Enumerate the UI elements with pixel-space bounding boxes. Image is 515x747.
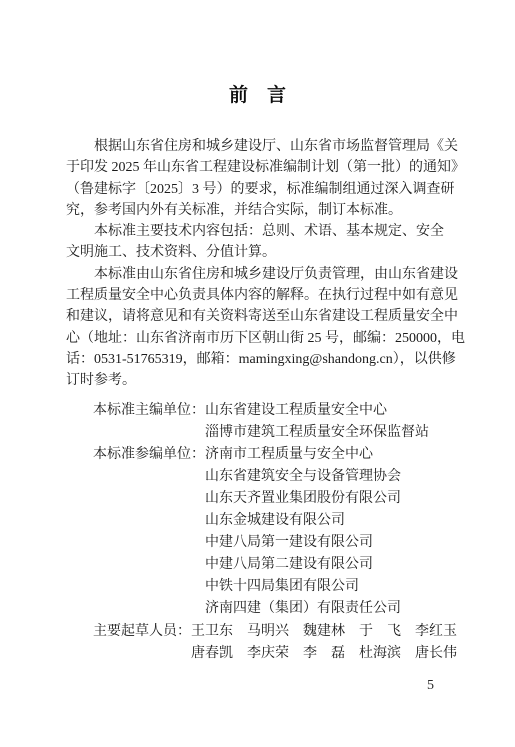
paragraphs: 根据山东省住房和城乡建设厅、山东省市场监督管理局《关于印发 2025 年山东省工…	[66, 136, 458, 392]
credit-item: 中建八局第一建设有限公司	[205, 532, 401, 554]
credit-label: 本标准参编单位：	[93, 444, 205, 466]
credit-item: 济南四建（集团）有限责任公司	[205, 598, 401, 620]
paragraph-line: 于印发 2025 年山东省工程建设标准编制计划（第一批）的通知》	[66, 157, 458, 178]
credit-item: 中建八局第二建设有限公司	[205, 554, 401, 576]
credit-block: 主要起草人员：王卫东 马明兴 魏建林 于 飞 李红玉唐春凯 李庆荣 李 磊 杜海…	[93, 621, 458, 665]
credit-label: 本标准主编单位：	[93, 400, 205, 422]
credit-item: 山东省建筑安全与设备管理协会	[205, 466, 401, 488]
credit-block: 本标准参编单位：济南市工程质量与安全中心山东省建筑安全与设备管理协会山东天齐置业…	[93, 444, 458, 621]
paragraph-line: 根据山东省住房和城乡建设厅、山东省市场监督管理局《关	[66, 136, 458, 157]
credit-item: 中铁十四局集团有限公司	[205, 576, 401, 598]
paragraph-line: 工程质量安全中心负责具体内容的解释。在执行过程中如有意见	[66, 285, 458, 306]
credit-item: 山东金城建设有限公司	[205, 510, 401, 532]
credit-item: 唐春凯 李庆荣 李 磊 杜海滨 唐长伟	[191, 643, 457, 665]
page-content: 根据山东省住房和城乡建设厅、山东省市场监督管理局《关于印发 2025 年山东省工…	[66, 136, 458, 665]
page-title: 前 言	[0, 84, 515, 106]
paragraph-line: 究，参考国内外有关标准，并结合实际，制订本标准。	[66, 200, 458, 221]
paragraph-line: 和建议，请将意见和有关资料寄送至山东省建设工程质量安全中	[66, 306, 458, 327]
page-number: 5	[427, 675, 434, 697]
paragraph-line: 本标准由山东省住房和城乡建设厅负责管理，由山东省建设	[66, 264, 458, 285]
paragraph-line: 心（地址：山东省济南市历下区朝山街 25 号，邮编：250000，电	[66, 328, 458, 349]
credit-items: 王卫东 马明兴 魏建林 于 飞 李红玉唐春凯 李庆荣 李 磊 杜海滨 唐长伟	[191, 621, 457, 665]
paragraph-line: 订时参考。	[66, 370, 458, 391]
credit-items: 济南市工程质量与安全中心山东省建筑安全与设备管理协会山东天齐置业集团股份有限公司…	[205, 444, 401, 621]
paragraph-line: 话：0531-51765319，邮箱：mamingxing@shandong.c…	[66, 349, 458, 370]
credit-items: 山东省建设工程质量安全中心淄博市建筑工程质量安全环保监督站	[205, 400, 429, 444]
credit-block: 本标准主编单位：山东省建设工程质量安全中心淄博市建筑工程质量安全环保监督站	[93, 400, 458, 444]
credit-item: 淄博市建筑工程质量安全环保监督站	[205, 422, 429, 444]
paragraph-line: （鲁建标字〔2025〕3 号）的要求，标准编制组通过深入调查研	[66, 179, 458, 200]
credit-item: 王卫东 马明兴 魏建林 于 飞 李红玉	[191, 621, 457, 643]
credit-item: 山东天齐置业集团股份有限公司	[205, 488, 401, 510]
credit-label: 主要起草人员：	[93, 621, 191, 643]
paragraph-line: 本标准主要技术内容包括：总则、术语、基本规定、安全	[66, 221, 458, 242]
credits: 本标准主编单位：山东省建设工程质量安全中心淄博市建筑工程质量安全环保监督站本标准…	[66, 400, 458, 665]
document-page: 前 言 根据山东省住房和城乡建设厅、山东省市场监督管理局《关于印发 2025 年…	[0, 0, 515, 747]
credit-item: 济南市工程质量与安全中心	[205, 444, 401, 466]
credit-item: 山东省建设工程质量安全中心	[205, 400, 429, 422]
paragraph-line: 文明施工、技术资料、分值计算。	[66, 242, 458, 263]
